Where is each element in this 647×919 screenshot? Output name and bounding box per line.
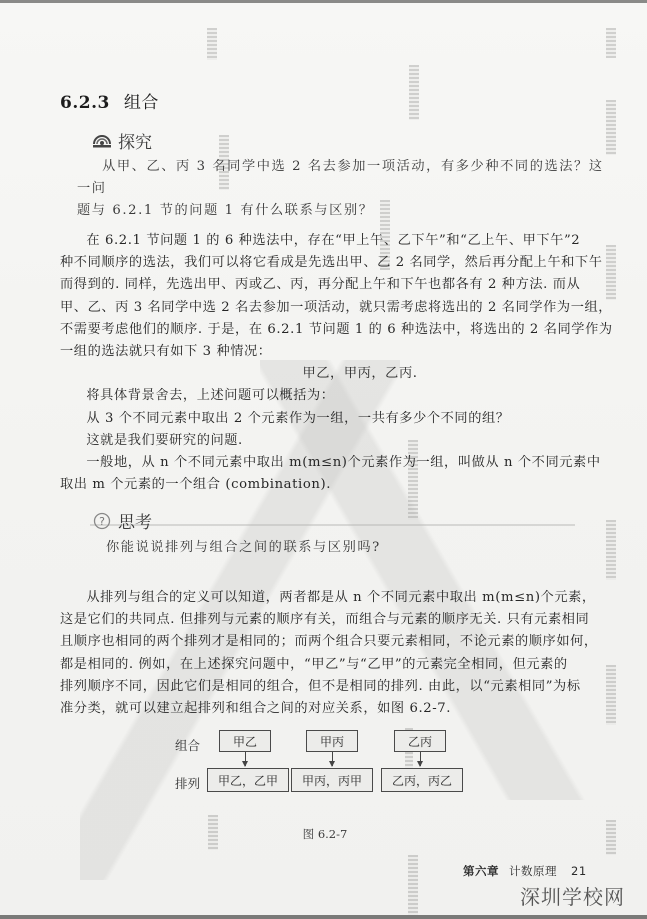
definition-line: 一般地，从 n 个不同元素中取出 m(m≤n)个元素作为一组，叫做从 n 个不同…: [60, 452, 620, 474]
permutation-box: 甲乙，乙甲: [207, 768, 289, 792]
page-content: 6.2.3组合 探究 从甲、乙、丙 3 名同学中选 2 名去参加一项活动，有多少…: [0, 0, 647, 919]
body-line: 而得到的. 同样，先选出甲、丙或乙、丙，再分配上午和下午也都各有 2 种方法. …: [60, 274, 620, 296]
figure-caption: 图 6.2-7: [165, 826, 485, 842]
body-line: 这是它们的共同点. 但排列与元素的顺序有关，而组合与元素的顺序无关. 只有元素相…: [60, 609, 620, 631]
textbook-page: 6.2.3组合 探究 从甲、乙、丙 3 名同学中选 2 名去参加一项活动，有多少…: [0, 0, 647, 919]
body-line: 准分类，就可以建立起排列和组合之间的对应关系，如图 6.2-7.: [60, 698, 620, 720]
think-question-text: 你能说说排列与组合之间的联系与区别吗?: [106, 537, 606, 559]
page-footer: 第六章计数原理21: [463, 863, 587, 879]
combination-cases: 甲乙，甲丙，乙丙.: [100, 363, 620, 385]
scan-bottom-edge: [0, 915, 647, 919]
body-line: 排列顺序不同，因此它们是相同的组合，但不是相同的排列. 由此，以“元素相同”为标: [60, 676, 620, 698]
row-label-combination: 组合: [175, 736, 200, 754]
research-note: 这就是我们要研究的问题.: [60, 430, 620, 452]
definition-line: 取出 m 个元素的一个组合 (combination).: [60, 474, 620, 496]
body-line: 从排列与组合的定义可以知道，两者都是从 n 个不同元素中取出 m(m≤n)个元素…: [60, 587, 620, 609]
body-line: 一组的选法就只有如下 3 种情况：: [60, 341, 620, 363]
body-line: 且顺序也相同的两个排列才是相同的；而两个组合只要元素相同，不论元素的顺序如何，: [60, 631, 620, 653]
arrow-down-icon: [332, 752, 333, 766]
explore-icon: [92, 132, 112, 150]
explore-line: 题与 6.2.1 节的问题 1 有什么联系与区别？: [77, 200, 617, 222]
arrow-down-icon: [245, 752, 246, 766]
question-icon: ?: [92, 512, 112, 530]
body-line: 种不同顺序的选法，我们可以将它看成是先选出甲、乙 2 名同学，然后再分配上午和下…: [60, 252, 620, 274]
explore-heading: 探究: [92, 128, 152, 153]
site-watermark: 深圳学校网: [520, 881, 625, 910]
section-title: 6.2.3组合: [60, 88, 159, 113]
body-paragraph-2: 从排列与组合的定义可以知道，两者都是从 n 个不同元素中取出 m(m≤n)个元素…: [60, 587, 620, 720]
section-number: 6.2.3: [60, 93, 110, 113]
think-question: 你能说说排列与组合之间的联系与区别吗?: [106, 537, 606, 559]
explore-heading-label: 探究: [118, 128, 152, 153]
body-line: 都是相同的. 例如，在上述探究问题中，“甲乙”与“乙甲”的元素完全相同，但元素的: [60, 654, 620, 676]
explore-line: 从甲、乙、丙 3 名同学中选 2 名去参加一项活动，有多少种不同的选法？这一问: [77, 156, 617, 200]
row-label-permutation: 排列: [175, 774, 200, 792]
page-number: 21: [571, 864, 587, 878]
combination-box: 甲丙: [306, 730, 358, 752]
abstract-question: 从 3 个不同元素中取出 2 个元素作为一组，一共有多少个不同的组？: [60, 408, 620, 430]
body-line: 不需要考虑他们的顺序. 于是，在 6.2.1 节问题 1 的 6 种选法中，将选…: [60, 319, 620, 341]
arrow-down-icon: [420, 752, 421, 766]
body-paragraph-1: 在 6.2.1 节问题 1 的 6 种选法中，存在“甲上午、乙下午”和“乙上午、…: [60, 230, 620, 496]
permutation-box: 甲丙，丙甲: [291, 768, 373, 792]
svg-text:?: ?: [99, 515, 105, 528]
think-heading-label: 思考: [118, 508, 152, 533]
explore-question: 从甲、乙、丙 3 名同学中选 2 名去参加一项活动，有多少种不同的选法？这一问 …: [77, 156, 617, 223]
figure-6-2-7: 组合 排列 甲乙 甲乙，乙甲 甲丙 甲丙，丙甲 乙丙 乙丙，丙乙 图 6.2-7: [175, 728, 495, 848]
body-line: 在 6.2.1 节问题 1 的 6 种选法中，存在“甲上午、乙下午”和“乙上午、…: [60, 230, 620, 252]
combination-box: 甲乙: [219, 730, 271, 752]
think-heading: ? 思考: [92, 508, 152, 533]
abstract-intro: 将具体背景舍去，上述问题可以概括为：: [60, 385, 620, 407]
chapter-label: 第六章: [463, 864, 499, 878]
body-line: 甲、乙、丙 3 名同学中选 2 名去参加一项活动，就只需考虑将选出的 2 名同学…: [60, 297, 620, 319]
section-name: 组合: [124, 93, 159, 113]
chapter-name: 计数原理: [509, 864, 557, 878]
permutation-box: 乙丙，丙乙: [381, 768, 463, 792]
combination-box: 乙丙: [394, 730, 446, 752]
